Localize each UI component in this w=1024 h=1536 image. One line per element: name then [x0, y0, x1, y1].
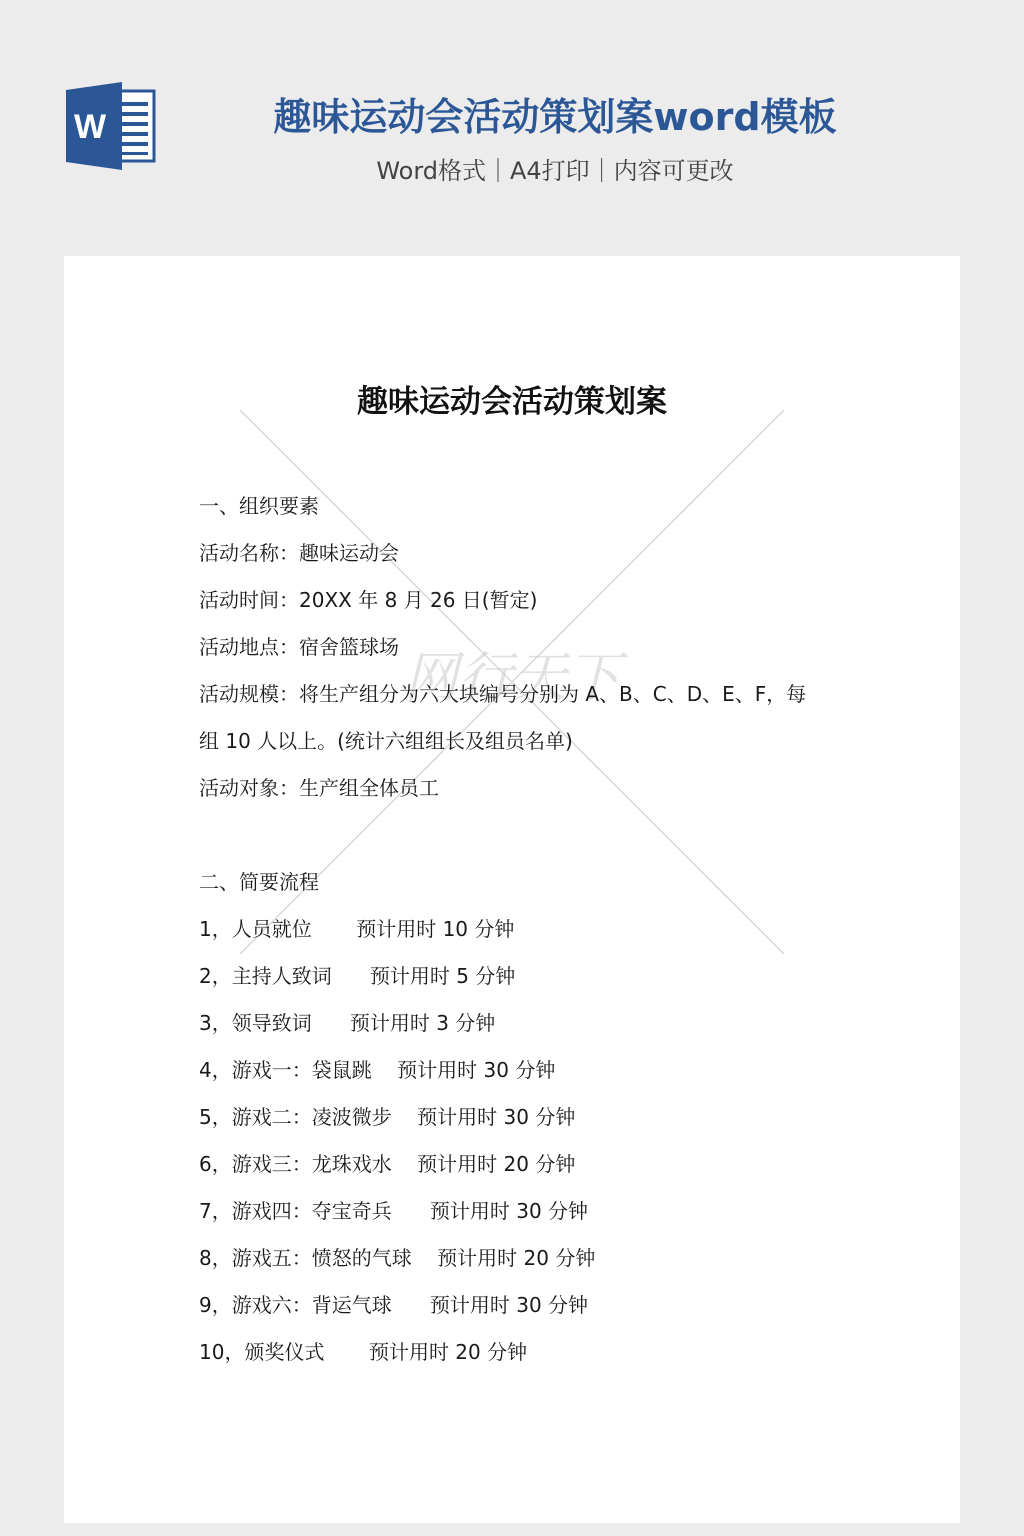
process-item: 2，主持人致词 预计用时 5 分钟: [199, 961, 515, 991]
section-heading-process: 二、简要流程: [199, 867, 319, 897]
section-heading-organization: 一、组织要素: [199, 491, 319, 521]
process-item: 3，领导致词 预计用时 3 分钟: [199, 1008, 495, 1038]
process-item: 1，人员就位 预计用时 10 分钟: [199, 914, 514, 944]
banner-title: 趣味运动会活动策划案word模板: [200, 92, 910, 142]
banner-subtitle: Word格式｜A4打印｜内容可更改: [200, 154, 910, 188]
activity-scale-continued: 组 10 人以上。(统计六组组长及组员名单): [199, 726, 573, 756]
process-item: 9，游戏六：背运气球 预计用时 30 分钟: [199, 1290, 588, 1320]
activity-target: 活动对象：生产组全体员工: [199, 773, 439, 803]
banner: W 趣味运动会活动策划案word模板 Word格式｜A4打印｜内容可更改: [0, 0, 1024, 256]
activity-scale: 活动规模：将生产组分为六大块编号分别为 A、B、C、D、E、F，每: [199, 679, 806, 709]
activity-location: 活动地点：宿舍篮球场: [199, 632, 399, 662]
process-item: 10，颁奖仪式 预计用时 20 分钟: [199, 1337, 527, 1367]
activity-name: 活动名称：趣味运动会: [199, 538, 399, 568]
activity-time: 活动时间：20XX 年 8 月 26 日(暂定): [199, 585, 537, 615]
process-item: 8，游戏五：愤怒的气球 预计用时 20 分钟: [199, 1243, 595, 1273]
svg-text:W: W: [74, 108, 107, 146]
document-page: 网行天下 趣味运动会活动策划案 一、组织要素 活动名称：趣味运动会 活动时间：2…: [64, 256, 960, 1523]
document-title: 趣味运动会活动策划案: [64, 380, 960, 424]
process-item: 7，游戏四：夺宝奇兵 预计用时 30 分钟: [199, 1196, 588, 1226]
process-item: 4，游戏一：袋鼠跳 预计用时 30 分钟: [199, 1055, 555, 1085]
process-item: 6，游戏三：龙珠戏水 预计用时 20 分钟: [199, 1149, 575, 1179]
process-item: 5，游戏二：凌波微步 预计用时 30 分钟: [199, 1102, 575, 1132]
word-doc-icon: W: [64, 80, 156, 172]
